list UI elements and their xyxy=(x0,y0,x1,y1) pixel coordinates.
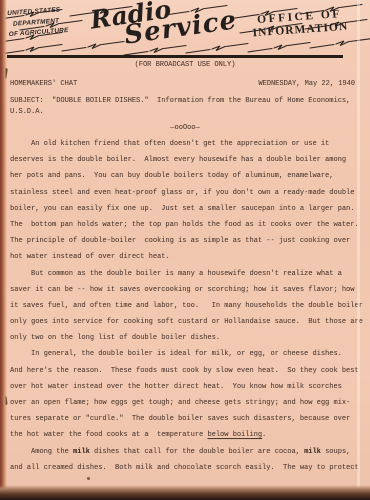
typed-text: milk xyxy=(73,448,90,456)
typed-text: dishes that call for the double boiler a… xyxy=(90,448,304,456)
program-date-row: HOMEMAKERS' CHAT WEDNESDAY, May 22, 1940 xyxy=(10,80,355,88)
subject-line-1: SUBJECT: "DOUBLE BOILER DISHES." Informa… xyxy=(10,97,350,105)
typed-body: An old kitchen friend that often doesn't… xyxy=(10,136,362,476)
typed-text: it saves fuel, and often time and labor,… xyxy=(10,302,363,310)
section-separator: —ooOoo— xyxy=(0,124,370,132)
typed-line: only goes into service for cooking soft … xyxy=(10,314,362,330)
program-title: HOMEMAKERS' CHAT xyxy=(10,80,77,88)
masthead: UNITED STATES DEPARTMENT OF AGRICULTURE … xyxy=(0,0,370,55)
typed-text: her pots and pans. You can buy double bo… xyxy=(10,172,333,180)
typed-text: An old kitchen friend that often doesn't… xyxy=(10,140,329,148)
typed-text: only goes into service for cooking soft … xyxy=(10,318,363,326)
typed-text: milk xyxy=(304,448,321,456)
typed-line: hot water instead of over direct heat. xyxy=(10,249,362,265)
typed-line: The principle of double-boiler cooking i… xyxy=(10,233,362,249)
typed-text: boiler, you can easily fix one up. Just … xyxy=(10,205,354,213)
typed-line: her pots and pans. You can buy double bo… xyxy=(10,168,362,184)
typed-line: deserves is the double boiler. Almost ev… xyxy=(10,152,362,168)
typed-text: over hot water instead over the hotter d… xyxy=(10,383,342,391)
typed-text: soups, xyxy=(321,448,350,456)
typed-line: In general, the double boiler is ideal f… xyxy=(10,346,362,362)
typed-text: deserves is the double boiler. Almost ev… xyxy=(10,156,346,164)
typed-line: And here's the reason. These foods must … xyxy=(10,363,362,379)
typed-text: . xyxy=(262,431,266,439)
typed-line: saver it can be -- how it saves overcook… xyxy=(10,282,362,298)
typed-text: stainless steel and even heat-proof glas… xyxy=(10,189,354,197)
broadcast-use-notice: (FOR BROADCAST USE ONLY) xyxy=(0,61,370,69)
typed-text: over an open flame; how eggs get tough; … xyxy=(10,399,350,407)
typed-text: In general, the double boiler is ideal f… xyxy=(10,350,342,358)
typed-text: Among the xyxy=(10,448,73,456)
paper-speck xyxy=(87,477,90,480)
page-left-edge xyxy=(0,0,7,500)
typed-text: But common as the double boiler is many … xyxy=(10,270,342,278)
typed-text: below boiling xyxy=(207,431,262,439)
typed-line: it saves fuel, and often time and labor,… xyxy=(10,298,362,314)
typed-text: tures separate or "curdle." The double b… xyxy=(10,415,350,423)
typed-line: over hot water instead over the hotter d… xyxy=(10,379,362,395)
agency-name: UNITED STATES DEPARTMENT OF AGRICULTURE xyxy=(7,5,69,41)
typed-line: stainless steel and even heat-proof glas… xyxy=(10,185,362,201)
typed-text: And here's the reason. These foods must … xyxy=(10,367,359,375)
typed-text: saver it can be -- how it saves overcook… xyxy=(10,286,354,294)
typed-text: The principle of double-boiler cooking i… xyxy=(10,237,350,245)
typed-line: over an open flame; how eggs get tough; … xyxy=(10,395,362,411)
typed-line: the hot water the food cooks at a temper… xyxy=(10,427,362,443)
typed-line: Among the milk dishes that call for the … xyxy=(10,444,362,460)
scanned-radio-script-page: UNITED STATES DEPARTMENT OF AGRICULTURE … xyxy=(0,0,370,500)
page-bottom-edge xyxy=(0,485,370,500)
typed-line: and all creamed dishes. Both milk and ch… xyxy=(10,460,362,476)
broadcast-date: WEDNESDAY, May 22, 1940 xyxy=(258,80,355,88)
paper-crease xyxy=(357,0,360,500)
typed-text: hot water instead of over direct heat. xyxy=(10,253,170,261)
masthead-rule xyxy=(7,55,343,58)
typed-line: boiler, you can easily fix one up. Just … xyxy=(10,201,362,217)
typed-text: and all creamed dishes. Both milk and ch… xyxy=(10,464,359,472)
typed-line: The bottom pan holds water; the top pan … xyxy=(10,217,362,233)
typed-line: An old kitchen friend that often doesn't… xyxy=(10,136,362,152)
typed-line: But common as the double boiler is many … xyxy=(10,266,362,282)
typed-line: only two on the long list of double boil… xyxy=(10,330,362,346)
typed-text: only two on the long list of double boil… xyxy=(10,334,220,342)
typed-line: tures separate or "curdle." The double b… xyxy=(10,411,362,427)
subject-line-2: U.S.D.A. xyxy=(10,108,44,116)
typed-text: the hot water the food cooks at a temper… xyxy=(10,431,207,439)
typed-text: The bottom pan holds water; the top pan … xyxy=(10,221,359,229)
